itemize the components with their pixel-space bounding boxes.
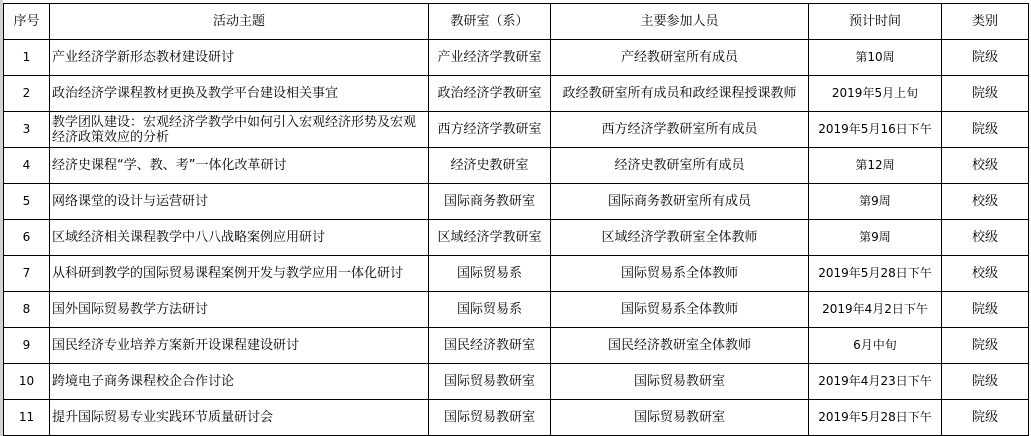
cell-no[interactable]: 4 bbox=[4, 148, 50, 184]
table-row: 10跨境电子商务课程校企合作讨论国际贸易教研室国际贸易教研室2019年4月23日… bbox=[4, 364, 1029, 400]
cell-dept[interactable]: 国际贸易系 bbox=[429, 292, 551, 328]
cell-time[interactable]: 2019年5月28日下午 bbox=[809, 256, 942, 292]
cell-dept[interactable]: 国际贸易系 bbox=[429, 256, 551, 292]
table-row: 6区域经济相关课程教学中八八战略案例应用研讨区域经济学教研室区域经济学教研室全体… bbox=[4, 220, 1029, 256]
cell-members[interactable]: 国际贸易教研室 bbox=[551, 364, 809, 400]
cell-topic[interactable]: 从科研到教学的国际贸易课程案例开发与教学应用一体化研讨 bbox=[50, 256, 429, 292]
cell-level[interactable]: 院级 bbox=[942, 40, 1029, 76]
table-row: 7从科研到教学的国际贸易课程案例开发与教学应用一体化研讨国际贸易系国际贸易系全体… bbox=[4, 256, 1029, 292]
header-level[interactable]: 类别 bbox=[942, 4, 1029, 40]
cell-time[interactable]: 2019年5月上旬 bbox=[809, 76, 942, 112]
cell-no[interactable]: 8 bbox=[4, 292, 50, 328]
table-row: 3教学团队建设：宏观经济学教学中如何引入宏观经济形势及宏观经济政策效应的分析西方… bbox=[4, 112, 1029, 148]
cell-dept[interactable]: 政治经济学教研室 bbox=[429, 76, 551, 112]
cell-members[interactable]: 西方经济学教研室所有成员 bbox=[551, 112, 809, 148]
header-no[interactable]: 序号 bbox=[4, 4, 50, 40]
cell-dept[interactable]: 区域经济学教研室 bbox=[429, 220, 551, 256]
header-members[interactable]: 主要参加人员 bbox=[551, 4, 809, 40]
cell-topic[interactable]: 产业经济学新形态教材建设研讨 bbox=[50, 40, 429, 76]
cell-topic[interactable]: 经济史课程“学、教、考”一体化改革研讨 bbox=[50, 148, 429, 184]
cell-time[interactable]: 第10周 bbox=[809, 40, 942, 76]
table-row: 1产业经济学新形态教材建设研讨产业经济学教研室产经教研室所有成员第10周院级 bbox=[4, 40, 1029, 76]
cell-level[interactable]: 院级 bbox=[942, 364, 1029, 400]
cell-no[interactable]: 10 bbox=[4, 364, 50, 400]
cell-time[interactable]: 2019年5月16日下午 bbox=[809, 112, 942, 148]
cell-topic[interactable]: 区域经济相关课程教学中八八战略案例应用研讨 bbox=[50, 220, 429, 256]
cell-level[interactable]: 院级 bbox=[942, 76, 1029, 112]
cell-level[interactable]: 校级 bbox=[942, 256, 1029, 292]
cell-time[interactable]: 2019年4月23日下午 bbox=[809, 364, 942, 400]
cell-time[interactable]: 第9周 bbox=[809, 220, 942, 256]
cell-level[interactable]: 院级 bbox=[942, 112, 1029, 148]
cell-time[interactable]: 第12周 bbox=[809, 148, 942, 184]
cell-no[interactable]: 6 bbox=[4, 220, 50, 256]
table-row: 9国民经济专业培养方案新开设课程建设研讨国民经济教研室国民经济教研室全体教师6月… bbox=[4, 328, 1029, 364]
cell-no[interactable]: 3 bbox=[4, 112, 50, 148]
cell-topic[interactable]: 提升国际贸易专业实践环节质量研讨会 bbox=[50, 400, 429, 436]
table-row: 8国外国际贸易教学方法研讨国际贸易系国际贸易系全体教师2019年4月2日下午院级 bbox=[4, 292, 1029, 328]
cell-no[interactable]: 11 bbox=[4, 400, 50, 436]
cell-no[interactable]: 7 bbox=[4, 256, 50, 292]
cell-topic[interactable]: 政治经济学课程教材更换及教学平台建设相关事宜 bbox=[50, 76, 429, 112]
cell-dept[interactable]: 国民经济教研室 bbox=[429, 328, 551, 364]
header-row: 序号 活动主题 教研室（系） 主要参加人员 预计时间 类别 bbox=[4, 4, 1029, 40]
cell-topic[interactable]: 教学团队建设：宏观经济学教学中如何引入宏观经济形势及宏观经济政策效应的分析 bbox=[50, 112, 429, 148]
cell-members[interactable]: 国民经济教研室全体教师 bbox=[551, 328, 809, 364]
header-topic[interactable]: 活动主题 bbox=[50, 4, 429, 40]
header-time[interactable]: 预计时间 bbox=[809, 4, 942, 40]
cell-members[interactable]: 国际商务教研室所有成员 bbox=[551, 184, 809, 220]
cell-no[interactable]: 1 bbox=[4, 40, 50, 76]
table-row: 5网络课堂的设计与运营研讨国际商务教研室国际商务教研室所有成员第9周校级 bbox=[4, 184, 1029, 220]
cell-level[interactable]: 校级 bbox=[942, 220, 1029, 256]
activity-table: 序号 活动主题 教研室（系） 主要参加人员 预计时间 类别 1产业经济学新形态教… bbox=[3, 3, 1029, 436]
cell-dept[interactable]: 国际贸易教研室 bbox=[429, 400, 551, 436]
cell-topic[interactable]: 国民经济专业培养方案新开设课程建设研讨 bbox=[50, 328, 429, 364]
cell-level[interactable]: 院级 bbox=[942, 400, 1029, 436]
cell-time[interactable]: 2019年4月2日下午 bbox=[809, 292, 942, 328]
cell-level[interactable]: 校级 bbox=[942, 148, 1029, 184]
cell-level[interactable]: 院级 bbox=[942, 292, 1029, 328]
cell-members[interactable]: 经济史教研室所有成员 bbox=[551, 148, 809, 184]
cell-dept[interactable]: 国际贸易教研室 bbox=[429, 364, 551, 400]
cell-level[interactable]: 院级 bbox=[942, 328, 1029, 364]
cell-members[interactable]: 政经教研室所有成员和政经课程授课教师 bbox=[551, 76, 809, 112]
cell-time[interactable]: 2019年5月28日下午 bbox=[809, 400, 942, 436]
cell-time[interactable]: 6月中旬 bbox=[809, 328, 942, 364]
header-dept[interactable]: 教研室（系） bbox=[429, 4, 551, 40]
table-row: 11提升国际贸易专业实践环节质量研讨会国际贸易教研室国际贸易教研室2019年5月… bbox=[4, 400, 1029, 436]
cell-no[interactable]: 9 bbox=[4, 328, 50, 364]
cell-no[interactable]: 5 bbox=[4, 184, 50, 220]
cell-dept[interactable]: 国际商务教研室 bbox=[429, 184, 551, 220]
cell-members[interactable]: 区域经济学教研室全体教师 bbox=[551, 220, 809, 256]
table-row: 4经济史课程“学、教、考”一体化改革研讨经济史教研室经济史教研室所有成员第12周… bbox=[4, 148, 1029, 184]
cell-level[interactable]: 校级 bbox=[942, 184, 1029, 220]
cell-topic[interactable]: 国外国际贸易教学方法研讨 bbox=[50, 292, 429, 328]
cell-members[interactable]: 国际贸易系全体教师 bbox=[551, 292, 809, 328]
table-row: 2政治经济学课程教材更换及教学平台建设相关事宜政治经济学教研室政经教研室所有成员… bbox=[4, 76, 1029, 112]
cell-members[interactable]: 产经教研室所有成员 bbox=[551, 40, 809, 76]
cell-time[interactable]: 第9周 bbox=[809, 184, 942, 220]
cell-topic[interactable]: 网络课堂的设计与运营研讨 bbox=[50, 184, 429, 220]
cell-members[interactable]: 国际贸易教研室 bbox=[551, 400, 809, 436]
cell-topic[interactable]: 跨境电子商务课程校企合作讨论 bbox=[50, 364, 429, 400]
cell-no[interactable]: 2 bbox=[4, 76, 50, 112]
cell-dept[interactable]: 经济史教研室 bbox=[429, 148, 551, 184]
cell-members[interactable]: 国际贸易系全体教师 bbox=[551, 256, 809, 292]
cell-dept[interactable]: 西方经济学教研室 bbox=[429, 112, 551, 148]
spreadsheet-page: 序号 活动主题 教研室（系） 主要参加人员 预计时间 类别 1产业经济学新形态教… bbox=[0, 0, 1031, 436]
cell-dept[interactable]: 产业经济学教研室 bbox=[429, 40, 551, 76]
